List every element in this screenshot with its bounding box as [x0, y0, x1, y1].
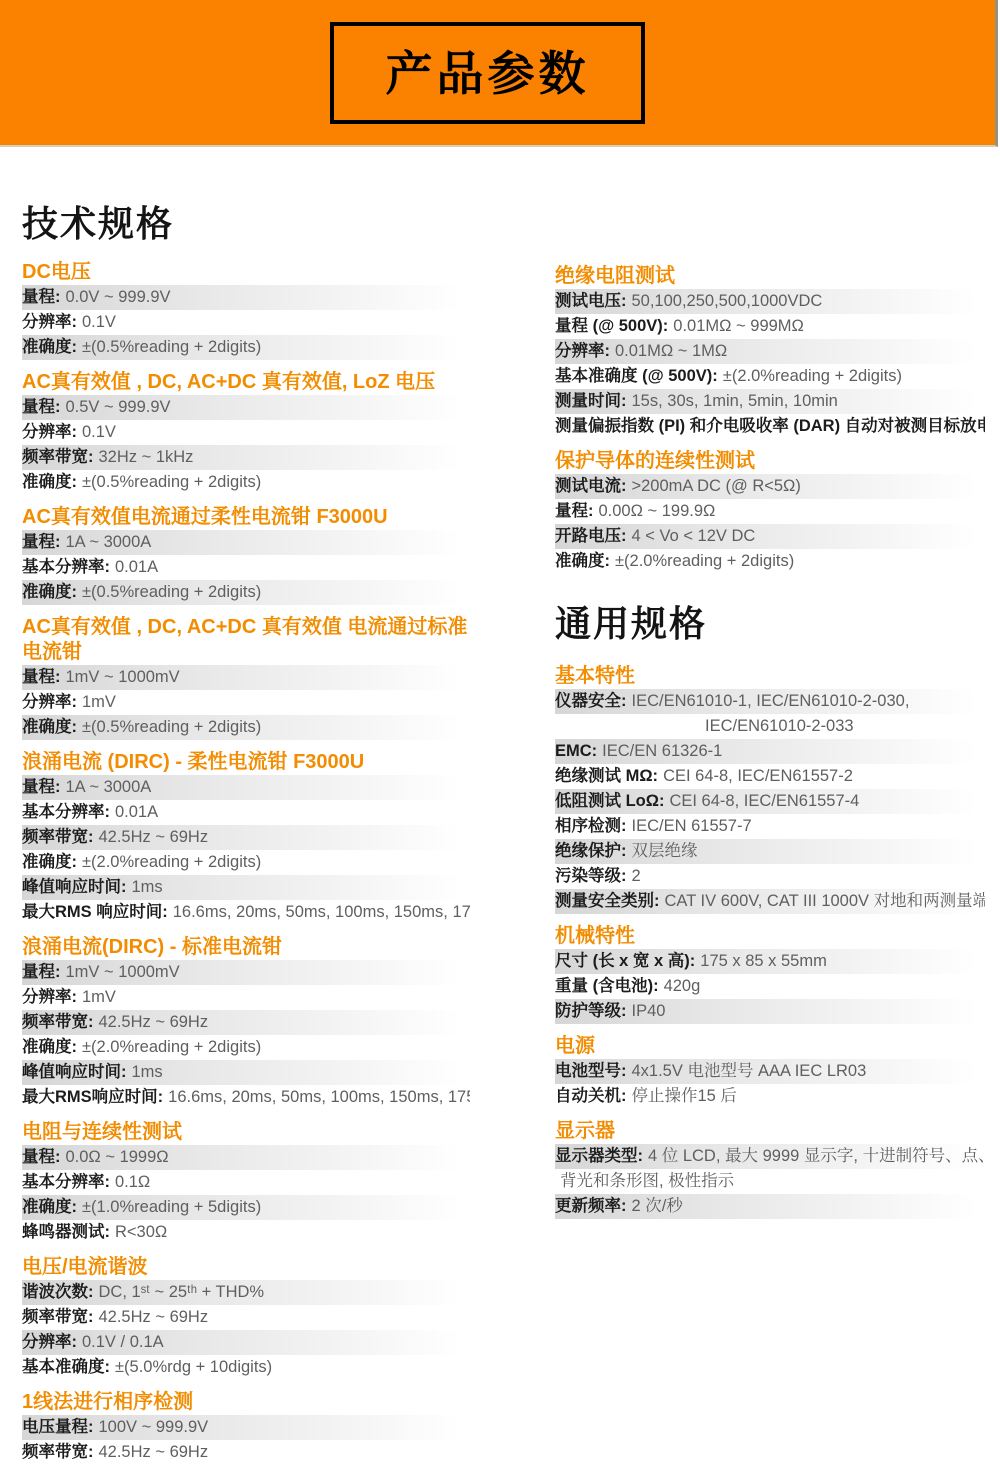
spec-value: ±(0.5%reading + 2digits) — [82, 718, 261, 736]
spec-row: 准确度:±(0.5%reading + 2digits) — [22, 335, 470, 360]
spec-label: 分辨率: — [22, 1333, 77, 1351]
banner: 产品参数 — [0, 0, 998, 147]
spec-label: 量程: — [22, 963, 61, 981]
spec-value: 0.00Ω ~ 199.9Ω — [599, 502, 716, 520]
spec-label: 量程: — [22, 1148, 61, 1166]
spec-row: 背光和条形图, 极性指示 — [555, 1169, 985, 1194]
section: AC真有效值 , DC, AC+DC 真有效值 电流通过标准电流钳量程:1mV … — [22, 615, 470, 740]
spec-label: 污染等级: — [555, 867, 627, 885]
section-title: 浪涌电流(DIRC) - 标准电流钳 — [22, 935, 470, 960]
spec-label: 更新频率: — [555, 1197, 627, 1215]
right-column: 绝缘电阻测试测试电压:50,100,250,500,1000VDC量程 (@ 5… — [555, 148, 985, 1229]
spec-label: 量程: — [22, 668, 61, 686]
spec-label: 基本准确度: — [22, 1358, 110, 1376]
spec-label: 测试电流: — [555, 477, 627, 495]
spec-value: 0.1V — [82, 313, 116, 331]
spec-value: ±(1.0%reading + 5digits) — [82, 1198, 261, 1216]
spec-label: 量程: — [22, 398, 61, 416]
spec-label: 自动关机: — [555, 1087, 627, 1105]
spec-value: 2 — [632, 867, 641, 885]
spec-label: 相序检测: — [555, 817, 627, 835]
spec-row: 准确度:±(2.0%reading + 2digits) — [22, 1035, 470, 1060]
spec-label: 量程 (@ 500V): — [555, 317, 668, 335]
spec-label: 准确度: — [22, 583, 77, 601]
section: AC真有效值电流通过柔性电流钳 F3000U量程:1A ~ 3000A基本分辨率… — [22, 505, 470, 605]
spec-row: 量程:0.00Ω ~ 199.9Ω — [555, 499, 985, 524]
spec-label: 准确度: — [22, 718, 77, 736]
spec-value: IEC/EN61010-1, IEC/EN61010-2-030, — [632, 692, 910, 710]
spec-value: 0.01MΩ ~ 1MΩ — [615, 342, 727, 360]
spec-value: 停止操作15 后 — [632, 1087, 737, 1105]
big-heading: 通用规格 — [555, 604, 985, 644]
spec-row: 分辨率:0.1V / 0.1A — [22, 1330, 470, 1355]
spec-label: 电压量程: — [22, 1418, 94, 1436]
spec-label: 最大RMS响应时间: — [22, 1088, 163, 1106]
spec-row: 频率带宽:42.5Hz ~ 69Hz — [22, 1305, 470, 1330]
section: 电阻与连续性测试量程:0.0Ω ~ 1999Ω基本分辨率:0.1Ω准确度:±(1… — [22, 1120, 470, 1245]
spec-label: 开路电压: — [555, 527, 627, 545]
spec-value: ±(2.0%reading + 2digits) — [82, 1038, 261, 1056]
spec-row: 低阻测试 LoΩ:CEI 64-8, IEC/EN61557-4 — [555, 789, 985, 814]
spec-value: 1mV ~ 1000mV — [66, 963, 180, 981]
spec-row: 频率带宽:42.5Hz ~ 69Hz — [22, 825, 470, 850]
spec-row: 分辨率:0.1V — [22, 420, 470, 445]
spec-label: 绝缘测试 MΩ: — [555, 767, 658, 785]
spec-row: 峰值响应时间:1ms — [22, 1060, 470, 1085]
spec-value: 0.01A — [115, 558, 158, 576]
spec-value: IEC/EN 61326-1 — [602, 742, 722, 760]
spec-row: 蜂鸣器测试:R<30Ω — [22, 1220, 470, 1245]
spec-label: 分辨率: — [22, 988, 77, 1006]
spec-row: 基本分辨率:0.1Ω — [22, 1170, 470, 1195]
spec-row: 量程:1A ~ 3000A — [22, 530, 470, 555]
spec-row: 量程:1A ~ 3000A — [22, 775, 470, 800]
big-heading: 技术规格 — [22, 204, 470, 244]
spec-row: 分辨率:1mV — [22, 690, 470, 715]
spec-row: 绝缘保护:双层绝缘 — [555, 839, 985, 864]
spec-value: 4 位 LCD, 最大 9999 显示字, 十进制符号、点、 — [648, 1147, 985, 1165]
spec-value: ±(0.5%reading + 2digits) — [82, 583, 261, 601]
spec-value: 42.5Hz ~ 69Hz — [99, 1013, 209, 1031]
spec-label: 准确度: — [22, 1038, 77, 1056]
spec-label: 蜂鸣器测试: — [22, 1223, 110, 1241]
spec-label: 仪器安全: — [555, 692, 627, 710]
spec-value: 42.5Hz ~ 69Hz — [99, 1443, 209, 1461]
spec-row: 谐波次数:DC, 1ˢᵗ ~ 25ᵗʰ + THD% — [22, 1280, 470, 1305]
spec-row: 污染等级:2 — [555, 864, 985, 889]
spec-label: 频率带宽: — [22, 448, 94, 466]
section: 浪涌电流 (DIRC) - 柔性电流钳 F3000U量程:1A ~ 3000A基… — [22, 750, 470, 925]
spec-row: 分辨率:0.1V — [22, 310, 470, 335]
section: 电压/电流谐波谐波次数:DC, 1ˢᵗ ~ 25ᵗʰ + THD%频率带宽:42… — [22, 1255, 470, 1380]
spec-row: 最大RMS 响应时间:16.6ms, 20ms, 50ms, 100ms, 15… — [22, 900, 470, 925]
section-title: 电阻与连续性测试 — [22, 1120, 470, 1145]
spec-value: 100V ~ 999.9V — [99, 1418, 209, 1436]
spec-row: 频率带宽:42.5Hz ~ 69Hz — [22, 1010, 470, 1035]
spec-row: 尺寸 (长 x 宽 x 高):175 x 85 x 55mm — [555, 949, 985, 974]
spec-value: 4 < Vo < 12V DC — [632, 527, 756, 545]
spec-label: 最大RMS 响应时间: — [22, 903, 168, 921]
spec-label: 峰值响应时间: — [22, 878, 127, 896]
section-title: AC真有效值 , DC, AC+DC 真有效值 电流通过标准电流钳 — [22, 615, 470, 665]
spec-value: IEC/EN 61557-7 — [632, 817, 752, 835]
section: 1线法进行相序检测电压量程:100V ~ 999.9V频率带宽:42.5Hz ~… — [22, 1390, 470, 1465]
spec-row: 测试电压:50,100,250,500,1000VDC — [555, 289, 985, 314]
spec-row: IEC/EN61010-2-033 — [555, 714, 985, 739]
page-title: 产品参数 — [386, 50, 590, 97]
spec-row: 基本准确度 (@ 500V):±(2.0%reading + 2digits) — [555, 364, 985, 389]
section: DC电压量程:0.0V ~ 999.9V分辨率:0.1V准确度:±(0.5%re… — [22, 260, 470, 360]
spec-row: 开路电压:4 < Vo < 12V DC — [555, 524, 985, 549]
spec-row: 分辨率:0.01MΩ ~ 1MΩ — [555, 339, 985, 364]
spec-label: 测量安全类别: — [555, 892, 660, 910]
spec-value: IP40 — [632, 1002, 666, 1020]
spec-value: 1mV ~ 1000mV — [66, 668, 180, 686]
spec-value: 4x1.5V 电池型号 AAA IEC LR03 — [632, 1062, 867, 1080]
section-title: 保护导体的连续性测试 — [555, 449, 985, 474]
spec-value: 0.1V — [82, 423, 116, 441]
spec-row: 量程:0.0Ω ~ 1999Ω — [22, 1145, 470, 1170]
spec-row: 准确度:±(0.5%reading + 2digits) — [22, 715, 470, 740]
spec-value: IEC/EN61010-2-033 — [705, 717, 854, 735]
spec-label: 尺寸 (长 x 宽 x 高): — [555, 952, 695, 970]
spec-row: 重量 (含电池):420g — [555, 974, 985, 999]
spec-label: 显示器类型: — [555, 1147, 643, 1165]
spec-row: 防护等级:IP40 — [555, 999, 985, 1024]
spec-row: 量程:0.0V ~ 999.9V — [22, 285, 470, 310]
spec-label: 量程: — [22, 533, 61, 551]
spec-row: 更新频率:2 次/秒 — [555, 1194, 985, 1219]
spec-label: 基本准确度 (@ 500V): — [555, 367, 718, 385]
spec-value: 16.6ms, 20ms, 50ms, 100ms, 150ms, 175ms,… — [173, 903, 470, 921]
spec-label: 频率带宽: — [22, 1013, 94, 1031]
spec-label: 准确度: — [555, 552, 610, 570]
spec-row: 相序检测:IEC/EN 61557-7 — [555, 814, 985, 839]
spec-label: 重量 (含电池): — [555, 977, 659, 995]
section: 浪涌电流(DIRC) - 标准电流钳量程:1mV ~ 1000mV分辨率:1mV… — [22, 935, 470, 1110]
spec-label: 频率带宽: — [22, 1443, 94, 1461]
spec-row: 基本分辨率:0.01A — [22, 800, 470, 825]
spec-value: 0.01MΩ ~ 999MΩ — [673, 317, 804, 335]
section-title: 机械特性 — [555, 924, 985, 949]
spec-label: 低阻测试 LoΩ: — [555, 792, 664, 810]
spec-row: 准确度:±(0.5%reading + 2digits) — [22, 470, 470, 495]
spec-label: 准确度: — [22, 338, 77, 356]
spec-value: ±(2.0%reading + 2digits) — [82, 853, 261, 871]
spec-label: 测量时间: — [555, 392, 627, 410]
spec-row: 测量安全类别:CAT IV 600V, CAT III 1000V 对地和两测量… — [555, 889, 985, 914]
spec-label: 峰值响应时间: — [22, 1063, 127, 1081]
section-title: 基本特性 — [555, 664, 985, 689]
product-title-box: 产品参数 — [330, 22, 645, 124]
spec-label: 防护等级: — [555, 1002, 627, 1020]
spec-label: 基本分辨率: — [22, 803, 110, 821]
section: 绝缘电阻测试测试电压:50,100,250,500,1000VDC量程 (@ 5… — [555, 264, 985, 439]
spec-value: ±(2.0%reading + 2digits) — [615, 552, 794, 570]
section-title: 浪涌电流 (DIRC) - 柔性电流钳 F3000U — [22, 750, 470, 775]
spec-row: 绝缘测试 MΩ:CEI 64-8, IEC/EN61557-2 — [555, 764, 985, 789]
spec-value: ±(0.5%reading + 2digits) — [82, 338, 261, 356]
spec-row: 电池型号:4x1.5V 电池型号 AAA IEC LR03 — [555, 1059, 985, 1084]
spec-row: 分辨率:1mV — [22, 985, 470, 1010]
spec-value: CEI 64-8, IEC/EN61557-4 — [669, 792, 859, 810]
spec-label: 电池型号: — [555, 1062, 627, 1080]
spec-value: CEI 64-8, IEC/EN61557-2 — [663, 767, 853, 785]
section: AC真有效值 , DC, AC+DC 真有效值, LoZ 电压量程:0.5V ~… — [22, 370, 470, 495]
spec-value: 1A ~ 3000A — [66, 533, 152, 551]
spec-row: 准确度:±(0.5%reading + 2digits) — [22, 580, 470, 605]
spec-value: 0.01A — [115, 803, 158, 821]
section-title: 1线法进行相序检测 — [22, 1390, 470, 1415]
section-title: 电源 — [555, 1034, 985, 1059]
spec-row: 显示器类型:4 位 LCD, 最大 9999 显示字, 十进制符号、点、 — [555, 1144, 985, 1169]
spec-value: 50,100,250,500,1000VDC — [632, 292, 823, 310]
spec-value: 1ms — [132, 1063, 163, 1081]
spec-label: 分辨率: — [22, 423, 77, 441]
spec-value: 0.0Ω ~ 1999Ω — [66, 1148, 169, 1166]
spec-value: 42.5Hz ~ 69Hz — [99, 828, 209, 846]
spec-row: 测量偏振指数 (PI) 和介电吸收率 (DAR) 自动对被测目标放电 — [555, 414, 985, 439]
spec-row: 频率带宽:32Hz ~ 1kHz — [22, 445, 470, 470]
spec-value: DC, 1ˢᵗ ~ 25ᵗʰ + THD% — [99, 1283, 265, 1301]
spec-row: 量程:1mV ~ 1000mV — [22, 665, 470, 690]
spec-value: 0.0V ~ 999.9V — [66, 288, 171, 306]
spec-row: 准确度:±(2.0%reading + 2digits) — [555, 549, 985, 574]
spec-value: >200mA DC (@ R<5Ω) — [632, 477, 801, 495]
spec-row: 仪器安全:IEC/EN61010-1, IEC/EN61010-2-030, — [555, 689, 985, 714]
spec-value: 背光和条形图, 极性指示 — [560, 1172, 734, 1190]
spec-value: 1ms — [132, 878, 163, 896]
spec-label: 谐波次数: — [22, 1283, 94, 1301]
spec-label: 量程: — [555, 502, 594, 520]
spec-label: 绝缘保护: — [555, 842, 627, 860]
spec-label: 基本分辨率: — [22, 558, 110, 576]
spec-label: 频率带宽: — [22, 1308, 94, 1326]
spec-label: 准确度: — [22, 473, 77, 491]
spec-value: 0.5V ~ 999.9V — [66, 398, 171, 416]
section-title: 电压/电流谐波 — [22, 1255, 470, 1280]
spec-row: 峰值响应时间:1ms — [22, 875, 470, 900]
spec-label: 准确度: — [22, 1198, 77, 1216]
spec-value: 42.5Hz ~ 69Hz — [99, 1308, 209, 1326]
section: 机械特性尺寸 (长 x 宽 x 高):175 x 85 x 55mm重量 (含电… — [555, 924, 985, 1024]
spec-row: 准确度:±(2.0%reading + 2digits) — [22, 850, 470, 875]
spec-value: 2 次/秒 — [632, 1197, 683, 1215]
spec-label: 基本分辨率: — [22, 1173, 110, 1191]
spec-value: R<30Ω — [115, 1223, 167, 1241]
spec-label: EMC: — [555, 742, 597, 760]
spec-label: 量程: — [22, 778, 61, 796]
spec-value: 15s, 30s, 1min, 5min, 10min — [632, 392, 838, 410]
spec-value: ±(5.0%rdg + 10digits) — [115, 1358, 272, 1376]
spec-label: 分辨率: — [22, 693, 77, 711]
spec-row: 电压量程:100V ~ 999.9V — [22, 1415, 470, 1440]
spec-value: CAT IV 600V, CAT III 1000V 对地和两测量端之间 — [665, 892, 986, 910]
spec-row: 频率带宽:42.5Hz ~ 69Hz — [22, 1440, 470, 1465]
spec-row: 测试电流:>200mA DC (@ R<5Ω) — [555, 474, 985, 499]
spec-value: 0.1Ω — [115, 1173, 150, 1191]
spec-row: 量程:0.5V ~ 999.9V — [22, 395, 470, 420]
spec-value: 双层绝缘 — [632, 842, 698, 860]
section: 显示器显示器类型:4 位 LCD, 最大 9999 显示字, 十进制符号、点、背… — [555, 1119, 985, 1219]
spec-row: 量程 (@ 500V):0.01MΩ ~ 999MΩ — [555, 314, 985, 339]
spec-label: 量程: — [22, 288, 61, 306]
spec-row: 最大RMS响应时间:16.6ms, 20ms, 50ms, 100ms, 150… — [22, 1085, 470, 1110]
section: 基本特性仪器安全:IEC/EN61010-1, IEC/EN61010-2-03… — [555, 664, 985, 914]
spec-label: 测量偏振指数 (PI) 和介电吸收率 (DAR) 自动对被测目标放电 — [555, 417, 985, 435]
spec-value: ±(2.0%reading + 2digits) — [723, 367, 902, 385]
spec-row: 基本分辨率:0.01A — [22, 555, 470, 580]
spec-value: 0.1V / 0.1A — [82, 1333, 164, 1351]
spec-value: 32Hz ~ 1kHz — [99, 448, 194, 466]
spec-value: 420g — [664, 977, 701, 995]
section-title: DC电压 — [22, 260, 470, 285]
spec-value: 1mV — [82, 693, 116, 711]
spec-row: 测量时间:15s, 30s, 1min, 5min, 10min — [555, 389, 985, 414]
section-title: AC真有效值 , DC, AC+DC 真有效值, LoZ 电压 — [22, 370, 470, 395]
section-title: 显示器 — [555, 1119, 985, 1144]
spec-value: 1A ~ 3000A — [66, 778, 152, 796]
left-column: 技术规格DC电压量程:0.0V ~ 999.9V分辨率:0.1V准确度:±(0.… — [22, 148, 470, 1472]
spec-label: 准确度: — [22, 853, 77, 871]
section: 保护导体的连续性测试测试电流:>200mA DC (@ R<5Ω)量程:0.00… — [555, 449, 985, 574]
spec-value: ±(0.5%reading + 2digits) — [82, 473, 261, 491]
spec-label: 分辨率: — [22, 313, 77, 331]
section-title: 绝缘电阻测试 — [555, 264, 985, 289]
spec-value: 16.6ms, 20ms, 50ms, 100ms, 150ms, 175ms,… — [168, 1088, 470, 1106]
spec-row: EMC:IEC/EN 61326-1 — [555, 739, 985, 764]
spec-label: 分辨率: — [555, 342, 610, 360]
spec-label: 频率带宽: — [22, 828, 94, 846]
spec-row: 准确度:±(1.0%reading + 5digits) — [22, 1195, 470, 1220]
section-title: AC真有效值电流通过柔性电流钳 F3000U — [22, 505, 470, 530]
section: 电源电池型号:4x1.5V 电池型号 AAA IEC LR03自动关机:停止操作… — [555, 1034, 985, 1109]
spec-value: 1mV — [82, 988, 116, 1006]
spec-value: 175 x 85 x 55mm — [700, 952, 827, 970]
spec-row: 量程:1mV ~ 1000mV — [22, 960, 470, 985]
spec-row: 基本准确度:±(5.0%rdg + 10digits) — [22, 1355, 470, 1380]
spec-row: 自动关机:停止操作15 后 — [555, 1084, 985, 1109]
spec-label: 测试电压: — [555, 292, 627, 310]
